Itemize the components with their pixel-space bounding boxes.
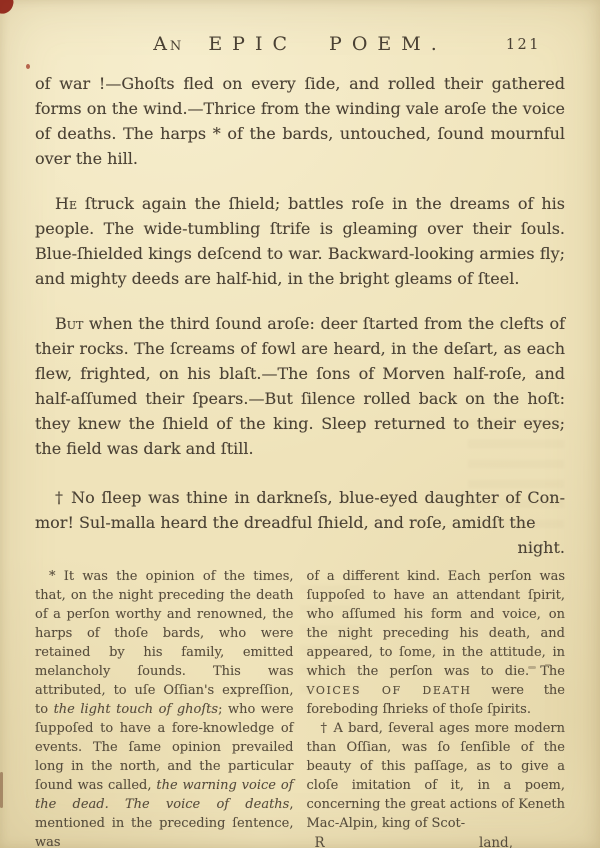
footnote-section: * It was the opinion of the times, that,…: [35, 567, 565, 848]
paragraph-2-opener: He: [55, 194, 77, 213]
paragraph-4: † No ſleep was thine in darkneſs, blue-e…: [35, 485, 565, 535]
body-text: of war !—Ghoſts fled on every ſide, and …: [35, 71, 565, 560]
stray-ink-mark: [528, 666, 536, 669]
catchword: land,: [479, 833, 513, 848]
footnote-asterisk-text-1: It was the opinion of the times, that, o…: [35, 569, 294, 717]
paragraph-4-text: † No ſleep was thine in darkneſs, blue-e…: [35, 488, 565, 532]
running-title: AnEPIC POEM.: [35, 33, 565, 55]
footnote-right-column: of a different kind. Each perſon was ſup…: [307, 567, 566, 848]
paragraph-3: But when the third ſound aroſe: deer ſta…: [35, 311, 565, 461]
running-title-text: EPIC POEM.: [208, 33, 446, 55]
footnote-left-column: * It was the opinion of the times, that,…: [35, 567, 294, 848]
paragraph-1: of war !—Ghoſts fled on every ſide, and …: [35, 71, 565, 171]
page-header: AnEPIC POEM. 121: [35, 33, 565, 59]
paragraph-1-text: of war !—Ghoſts fled on every ſide, and …: [35, 74, 565, 168]
footnote-asterisk-continued: of a different kind. Each perſon was ſup…: [307, 567, 566, 719]
book-page-scan: AnEPIC POEM. 121 of war !—Ghoſts fled on…: [0, 0, 600, 848]
footnote-dagger: † A bard, ſeveral ages more modern than …: [307, 719, 566, 833]
red-corner-stain: [0, 0, 14, 15]
footnote-asterisk: * It was the opinion of the times, that,…: [35, 567, 294, 848]
footnote-asterisk-italic-1: the light touch of ghoſts: [54, 702, 219, 717]
voices-of-death-smallcaps: VOICES OF DEATH: [307, 684, 472, 697]
signature-line: R land,: [307, 833, 566, 848]
paragraph-2: He ſtruck again the ſhield; battles roſe…: [35, 191, 565, 291]
signature-mark: R: [315, 833, 325, 848]
footnote-continued-text-1: of a different kind. Each perſon was ſup…: [307, 569, 566, 679]
paragraph-4-last-line: night.: [35, 535, 565, 560]
paragraph-2-text: ſtruck again the ſhield; battles roſe in…: [35, 194, 565, 288]
red-ink-speck: [26, 64, 30, 69]
paragraph-4-last-word: night.: [518, 538, 565, 557]
footnote-dagger-text: A bard, ſeveral ages more modern than Oſ…: [307, 721, 566, 831]
page-number: 121: [506, 37, 541, 53]
footnote-asterisk-italic-3: The voice of deaths: [109, 797, 290, 812]
paragraph-3-text: when the third ſound aroſe: deer ſtarted…: [35, 314, 565, 458]
left-edge-mark: [0, 772, 3, 808]
running-title-article: An: [153, 33, 184, 55]
paragraph-3-opener: But: [55, 314, 83, 333]
